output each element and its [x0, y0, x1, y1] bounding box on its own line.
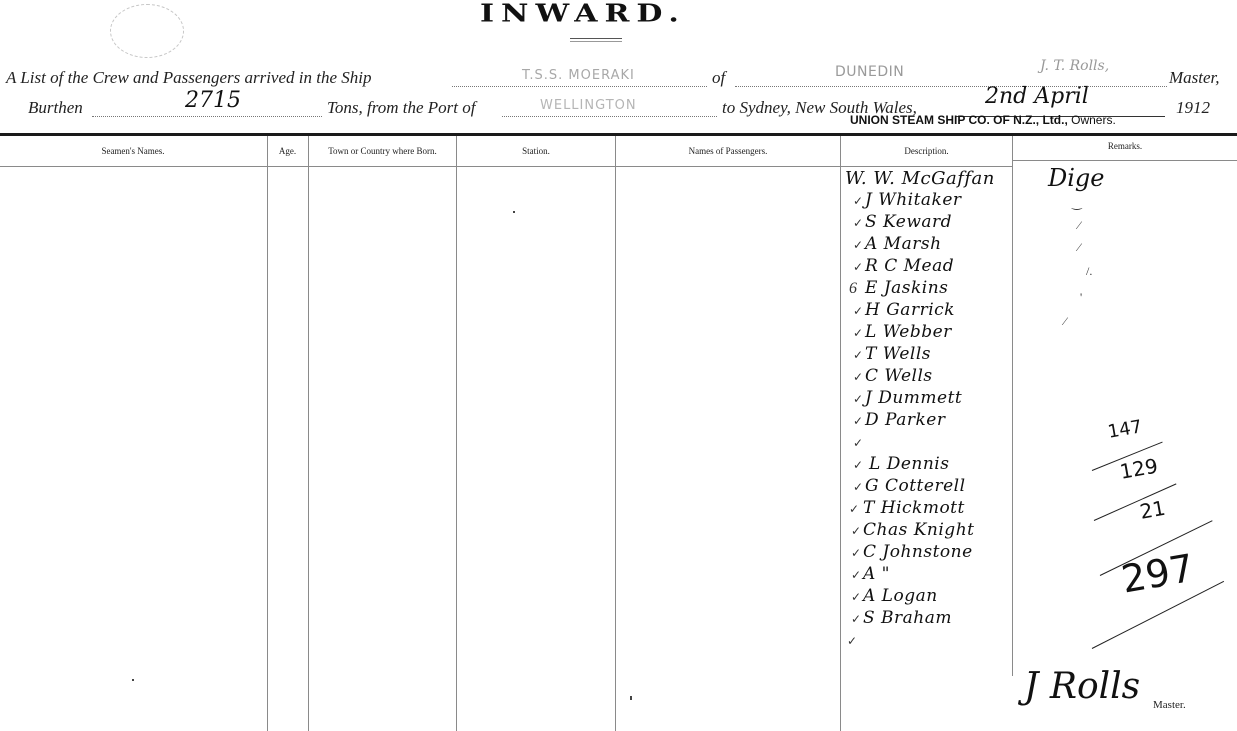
list-item: ✓R C Mead [845, 256, 1015, 278]
list-item: ✓T Wells [845, 344, 1015, 366]
from-port-line [502, 116, 717, 117]
remark-tick: ⁄ [1078, 240, 1080, 255]
list-item: W. W. McGaffan [845, 168, 1015, 190]
col-seamens-names: Seamen's Names. [0, 146, 266, 156]
col-born: Town or Country where Born. [309, 146, 456, 156]
title-divider [570, 38, 622, 42]
remark-tick: /. [1086, 264, 1092, 279]
tally-value: 129 [1118, 454, 1160, 484]
divider [615, 136, 616, 731]
owners-label: Owners. [1071, 113, 1116, 127]
ship-line-prefix: A List of the Crew and Passengers arrive… [6, 68, 372, 88]
divider [267, 136, 268, 731]
col-age: Age. [267, 146, 308, 156]
remark-tick: ‿ [1072, 196, 1082, 211]
col-remarks: Remarks. [1013, 141, 1237, 151]
list-item: ✓ [845, 630, 1015, 652]
document-title: INWARD. [480, 0, 686, 28]
header-bottom-rule [0, 166, 1012, 167]
list-item: ✓S Braham [845, 608, 1015, 630]
list-item: ✓Chas Knight [845, 520, 1015, 542]
speck [132, 679, 134, 681]
arrival-year: 1912 [1176, 98, 1210, 118]
tally-value: 21 [1138, 496, 1167, 524]
owners-line: UNION STEAM SHIP CO. OF N.Z., Ltd., Owne… [850, 113, 1116, 127]
list-item: ✓J Dummett [845, 388, 1015, 410]
burthen-value: 2715 [185, 88, 241, 113]
header-rule [0, 133, 1237, 136]
list-item: ✓ [845, 432, 1015, 454]
list-item: ✓C Johnstone [845, 542, 1015, 564]
list-item: ✓S Keward [845, 212, 1015, 234]
signature-label: Master. [1153, 699, 1186, 711]
divider [308, 136, 309, 731]
col-passengers: Names of Passengers. [616, 146, 840, 156]
list-item: ✓A " [845, 564, 1015, 586]
divider [456, 136, 457, 731]
tally-value: 147 [1106, 416, 1143, 443]
list-item: ✓C Wells [845, 366, 1015, 388]
list-item: ✓J Whitaker [845, 190, 1015, 212]
speck [513, 211, 515, 213]
list-item: ✓H Garrick [845, 300, 1015, 322]
burthen-label: Burthen [28, 98, 83, 118]
home-port-line [735, 86, 1167, 87]
tons-label: Tons, from the Port of [327, 98, 475, 118]
home-port-stamp: DUNEDIN [835, 64, 904, 80]
master-signature: J Rolls [1024, 666, 1140, 707]
burthen-line [92, 116, 322, 117]
list-item: ✓T Hickmott [845, 498, 1015, 520]
divider [840, 136, 841, 731]
owners-name: UNION STEAM SHIP CO. OF N.Z., Ltd., [850, 113, 1068, 127]
col-description: Description. [841, 146, 1012, 156]
of-label: of [712, 68, 725, 88]
ship-name-stamp: T.S.S. MOERAKI [522, 68, 635, 83]
tally-total: 297 [1118, 546, 1197, 602]
remark-first: Dige [1048, 164, 1104, 192]
list-item: ✓A Marsh [845, 234, 1015, 256]
arrival-date: 2nd April [985, 84, 1089, 109]
list-item: ✓L Dennis [845, 454, 1015, 476]
remark-tick: ⁄ [1064, 314, 1066, 329]
col-station: Station. [457, 146, 615, 156]
ship-name-line [452, 86, 707, 87]
list-item: ✓D Parker [845, 410, 1015, 432]
from-port-stamp: WELLINGTON [540, 98, 637, 113]
speck [630, 696, 632, 700]
list-item: ✓L Webber [845, 322, 1015, 344]
list-item: ✓G Cotterell [845, 476, 1015, 498]
list-item: ✓A Logan [845, 586, 1015, 608]
list-item: 6E Jaskins [845, 278, 1015, 300]
official-stamp [110, 4, 184, 58]
master-name: J. T. Rolls, [1040, 58, 1109, 74]
remark-tick: ' [1080, 290, 1082, 305]
remark-tick: ⁄ [1078, 218, 1080, 233]
master-label: Master, [1169, 68, 1220, 88]
passenger-list: W. W. McGaffan ✓J Whitaker ✓S Keward ✓A … [845, 168, 1015, 652]
remarks-header-rule [1012, 160, 1237, 161]
